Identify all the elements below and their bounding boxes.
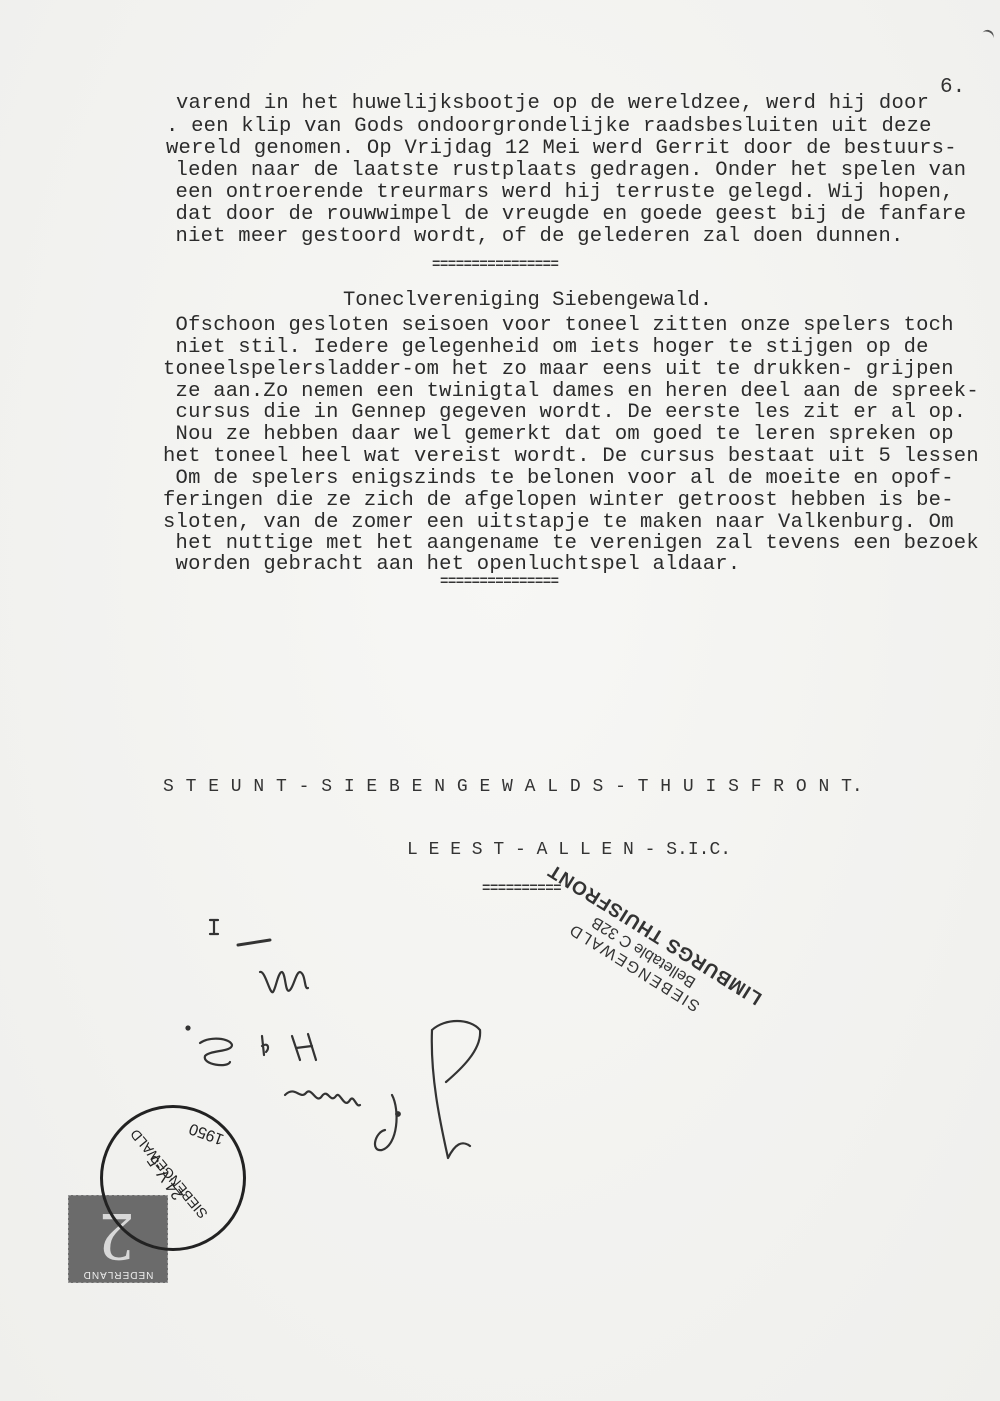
text-line: Nou ze hebben daar wel gemerkt dat om go… (163, 423, 954, 446)
text-line: het toneel heel wat vereist wordt. De cu… (163, 445, 979, 468)
text-line: ze aan.Zo nemen een twinigtal dames en h… (163, 380, 979, 403)
text-line: toneelspelersladder-om het zo maar eens … (163, 358, 954, 381)
text-line: leden naar de laatste rustplaats gedrage… (163, 159, 966, 182)
postmark-year: 1950 (187, 1118, 227, 1147)
postmark-town: SIEBENGEWALD (127, 1126, 211, 1222)
text-line: niet stil. Iedere gelegenheid om iets ho… (163, 336, 929, 359)
organization-stamp: SIEBENGEWALD Belletable C 32B LIMBURGS T… (525, 859, 766, 1040)
postmark: 1950 24.V.-5 SIEBENGEWALD (100, 1105, 246, 1251)
text-line: . een klip van Gods ondoorgrondelijke ra… (166, 115, 932, 138)
separator: ================ (432, 257, 558, 273)
text-line: feringen die ze zich de afgelopen winter… (163, 489, 954, 512)
text-line: Om de spelers enigszinds te belonen voor… (163, 467, 954, 490)
text-line: varend in het huwelijksbootje op de were… (176, 92, 929, 115)
text-line: een ontroerende treurmars werd hij terru… (163, 181, 954, 204)
page-number: 6. (940, 76, 965, 99)
corner-mark (980, 28, 995, 42)
stamp-country: NEDERLAND (69, 1269, 167, 1280)
slogan-line: L E E S T - A L L E N - S.I.C. (407, 840, 731, 860)
slogan-line: S T E U N T - S I E B E N G E W A L D S … (163, 777, 863, 797)
text-line: het nuttige met het aangename te verenig… (163, 532, 979, 555)
text-line: niet meer gestoord wordt, of de geledere… (163, 225, 904, 248)
text-line: Ofschoon gesloten seisoen voor toneel zi… (163, 314, 954, 337)
text-line: worden gebracht aan het openluchtspel al… (163, 553, 740, 576)
document-page: 6. varend in het huwelijksbootje op de w… (0, 0, 1000, 1401)
section-heading: Toneclvereniging Siebengewald. (343, 289, 712, 312)
text-line: wereld genomen. Op Vrijdag 12 Mei werd G… (166, 137, 957, 160)
text-line: sloten, van de zomer een uitstapje te ma… (163, 511, 954, 534)
text-line: cursus die in Gennep gegeven wordt. De e… (163, 401, 966, 424)
text-line: dat door de rouwwimpel de vreugde en goe… (163, 203, 966, 226)
stamp-line: Belletable C 32B (534, 877, 754, 1024)
separator: =============== (440, 574, 559, 590)
